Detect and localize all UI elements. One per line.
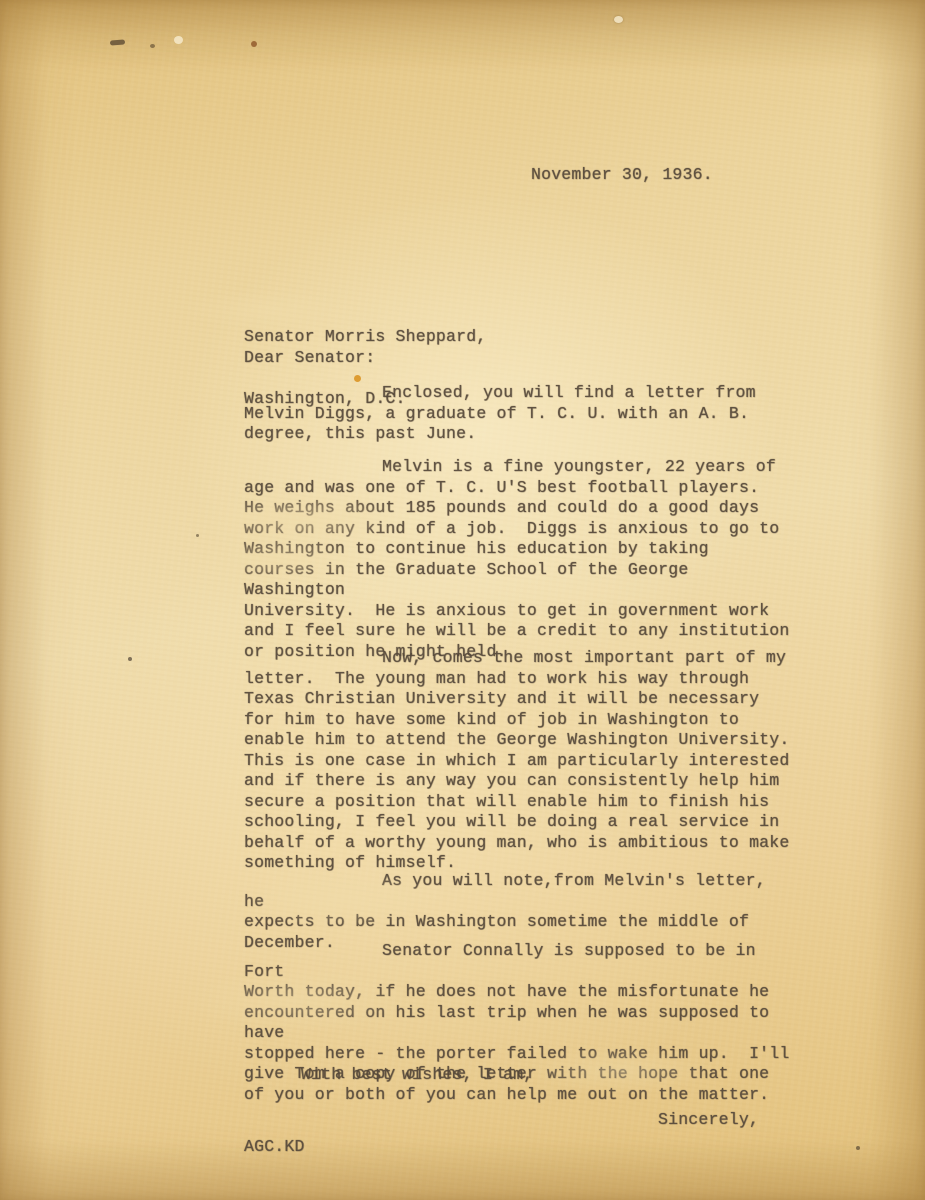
paper-speck: [251, 41, 257, 47]
paper-speck: [150, 44, 155, 48]
paragraph-request-for-job: Now, comes the most important part of my…: [244, 648, 792, 874]
paragraph-about-melvin: Melvin is a fine youngster, 22 years of …: [244, 457, 792, 662]
paper-speck: [128, 657, 132, 661]
salutation: Dear Senator:: [244, 348, 375, 369]
typist-initials: AGC.KD: [244, 1137, 305, 1158]
recipient-name: Senator Morris Sheppard,: [244, 327, 486, 348]
paper-speck: [174, 36, 183, 44]
paper-speck: [110, 39, 125, 45]
paragraph-enclosed-letter: Enclosed, you will find a letter from Me…: [244, 383, 792, 445]
paper-speck: [196, 534, 199, 537]
letter-date: November 30, 1936.: [531, 165, 713, 186]
paper-speck: [856, 1146, 860, 1150]
letter-page: November 30, 1936. Senator Morris Sheppa…: [0, 0, 925, 1200]
paper-speck: [614, 16, 623, 23]
signoff: Sincerely,: [658, 1110, 759, 1131]
closing-line: With best wishes, I am,: [301, 1065, 533, 1086]
